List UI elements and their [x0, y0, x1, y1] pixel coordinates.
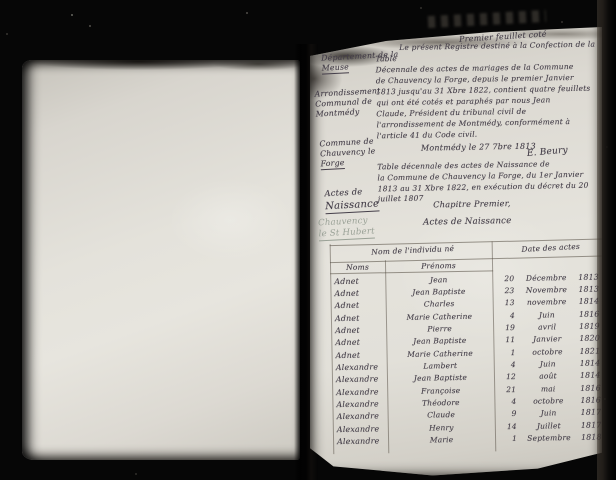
cell-prenom: Claude [388, 410, 495, 421]
cell-date: 4Juin1816 [493, 309, 610, 320]
cell-date: 13novembre1814 [493, 297, 610, 308]
cell-prenom: Marie Catherine [386, 311, 493, 322]
cell-mois: Novembre [514, 285, 578, 295]
scanned-register-spread: Premier feuillet coté Département de la … [0, 0, 616, 480]
cell-date: 4Juin1814 [494, 358, 611, 369]
cell-mois: Juin [515, 310, 579, 320]
cell-date: 21mai1816 [494, 383, 611, 394]
cell-prenom: Pierre [386, 323, 493, 334]
cell-prenom: Jean Baptiste [386, 336, 493, 347]
cell-jour: 1 [495, 434, 517, 443]
cell-mois: Septembre [517, 433, 581, 443]
cell-jour: 13 [493, 298, 515, 307]
column-header-noms: Noms [330, 262, 385, 272]
cell-jour: 4 [494, 360, 516, 369]
cell-mois: mai [516, 384, 580, 394]
cell-jour: 4 [493, 311, 515, 320]
cell-date: 19avril1819 [493, 321, 610, 332]
cell-jour: 19 [493, 323, 515, 332]
left-page-blank [22, 60, 300, 460]
cell-mois: Janvier [515, 334, 579, 344]
chapter-subject: Actes de Naissance [392, 215, 542, 228]
cell-jour: 12 [494, 372, 516, 381]
cell-prenom: Lambert [387, 360, 494, 371]
right-page: Premier feuillet coté Département de la … [310, 24, 602, 480]
cell-date: 12août1814 [494, 371, 611, 382]
cell-nom: Alexandre [332, 375, 387, 385]
register-table: Nom de l'individu né Date des actes Noms… [330, 239, 613, 456]
cell-mois: Juin [517, 408, 581, 418]
cell-date: 1octobre1821 [493, 346, 610, 357]
cell-mois: août [516, 371, 580, 381]
cell-jour: 4 [494, 397, 516, 406]
chapter-heading: Chapitre Premier, [402, 198, 542, 210]
cell-jour: 20 [492, 274, 514, 283]
margin-arrondissement: Arrondissement Communal de Montmédy [314, 86, 381, 119]
cell-jour: 23 [492, 286, 514, 295]
dust-specks [0, 0, 2, 2]
table-body: AdnetJean20Décembre1813AdnetJean Baptist… [330, 270, 612, 448]
cell-jour: 1 [493, 348, 515, 357]
cell-prenom: Jean [385, 274, 492, 285]
cell-nom: Alexandre [332, 399, 387, 409]
column-header-prenoms: Prénoms [385, 260, 492, 271]
cell-nom: Adnet [330, 276, 385, 286]
cell-mois: novembre [515, 297, 579, 307]
cell-prenom: Marie [388, 434, 495, 445]
cell-mois: avril [515, 322, 579, 332]
cell-prenom: Marie Catherine [386, 348, 493, 359]
cell-mois: octobre [516, 396, 580, 406]
cell-mois: Juin [516, 359, 580, 369]
margin-commune: Commune de Chauvency le Forge [319, 136, 376, 169]
cell-date: 1Septembre1818 [495, 432, 612, 443]
cell-nom: Adnet [331, 338, 386, 348]
cell-nom: Adnet [331, 301, 386, 311]
cell-date: 20Décembre1813 [492, 272, 609, 283]
margin-acte-type: Actes de Naissance [324, 184, 379, 213]
cell-date: 14Juillet1817 [495, 420, 612, 431]
cell-jour: 14 [495, 422, 517, 431]
cell-mois: Juillet [517, 421, 581, 431]
cell-nom: Adnet [332, 350, 387, 360]
margin-line: Naissance [325, 197, 380, 213]
cell-nom: Adnet [330, 288, 385, 298]
margin-line: Montmédy [315, 106, 381, 119]
certificate-paragraph: Le présent Registre destiné à la Confect… [375, 39, 597, 166]
cell-nom: Adnet [331, 313, 386, 323]
cell-date: 23Novembre1813 [492, 284, 609, 295]
cell-prenom: Jean Baptiste [385, 286, 492, 297]
book-edge [597, 0, 616, 480]
cell-date: 4octobre1816 [494, 395, 611, 406]
margin-annotation: Chauvency le St Hubert [318, 215, 375, 240]
cell-date: 9Juin1817 [495, 408, 612, 419]
cell-prenom: Henry [388, 422, 495, 433]
cell-mois: Décembre [514, 273, 578, 283]
annotation-line: le St Hubert [318, 226, 375, 240]
margin-line: Forge [320, 156, 376, 169]
cell-prenom: Françoise [387, 385, 494, 396]
cell-mois: octobre [515, 347, 579, 357]
cell-prenom: Jean Baptiste [387, 373, 494, 384]
cell-nom: Alexandre [333, 412, 388, 422]
cell-nom: Alexandre [333, 424, 388, 434]
right-page-content: Premier feuillet coté Département de la … [307, 21, 607, 480]
cell-nom: Alexandre [332, 362, 387, 372]
cell-nom: Adnet [331, 325, 386, 335]
bleed-through-marks [428, 10, 546, 28]
cell-jour: 9 [495, 409, 517, 418]
cell-jour: 21 [494, 385, 516, 394]
cell-nom: Alexandre [333, 436, 388, 446]
table-date-header: Date des actes [496, 240, 606, 255]
cell-prenom: Théodore [387, 397, 494, 408]
cell-prenom: Charles [386, 299, 493, 310]
cell-jour: 11 [493, 335, 515, 344]
cell-date: 11Janvier1820 [493, 334, 610, 345]
cell-nom: Alexandre [332, 387, 387, 397]
